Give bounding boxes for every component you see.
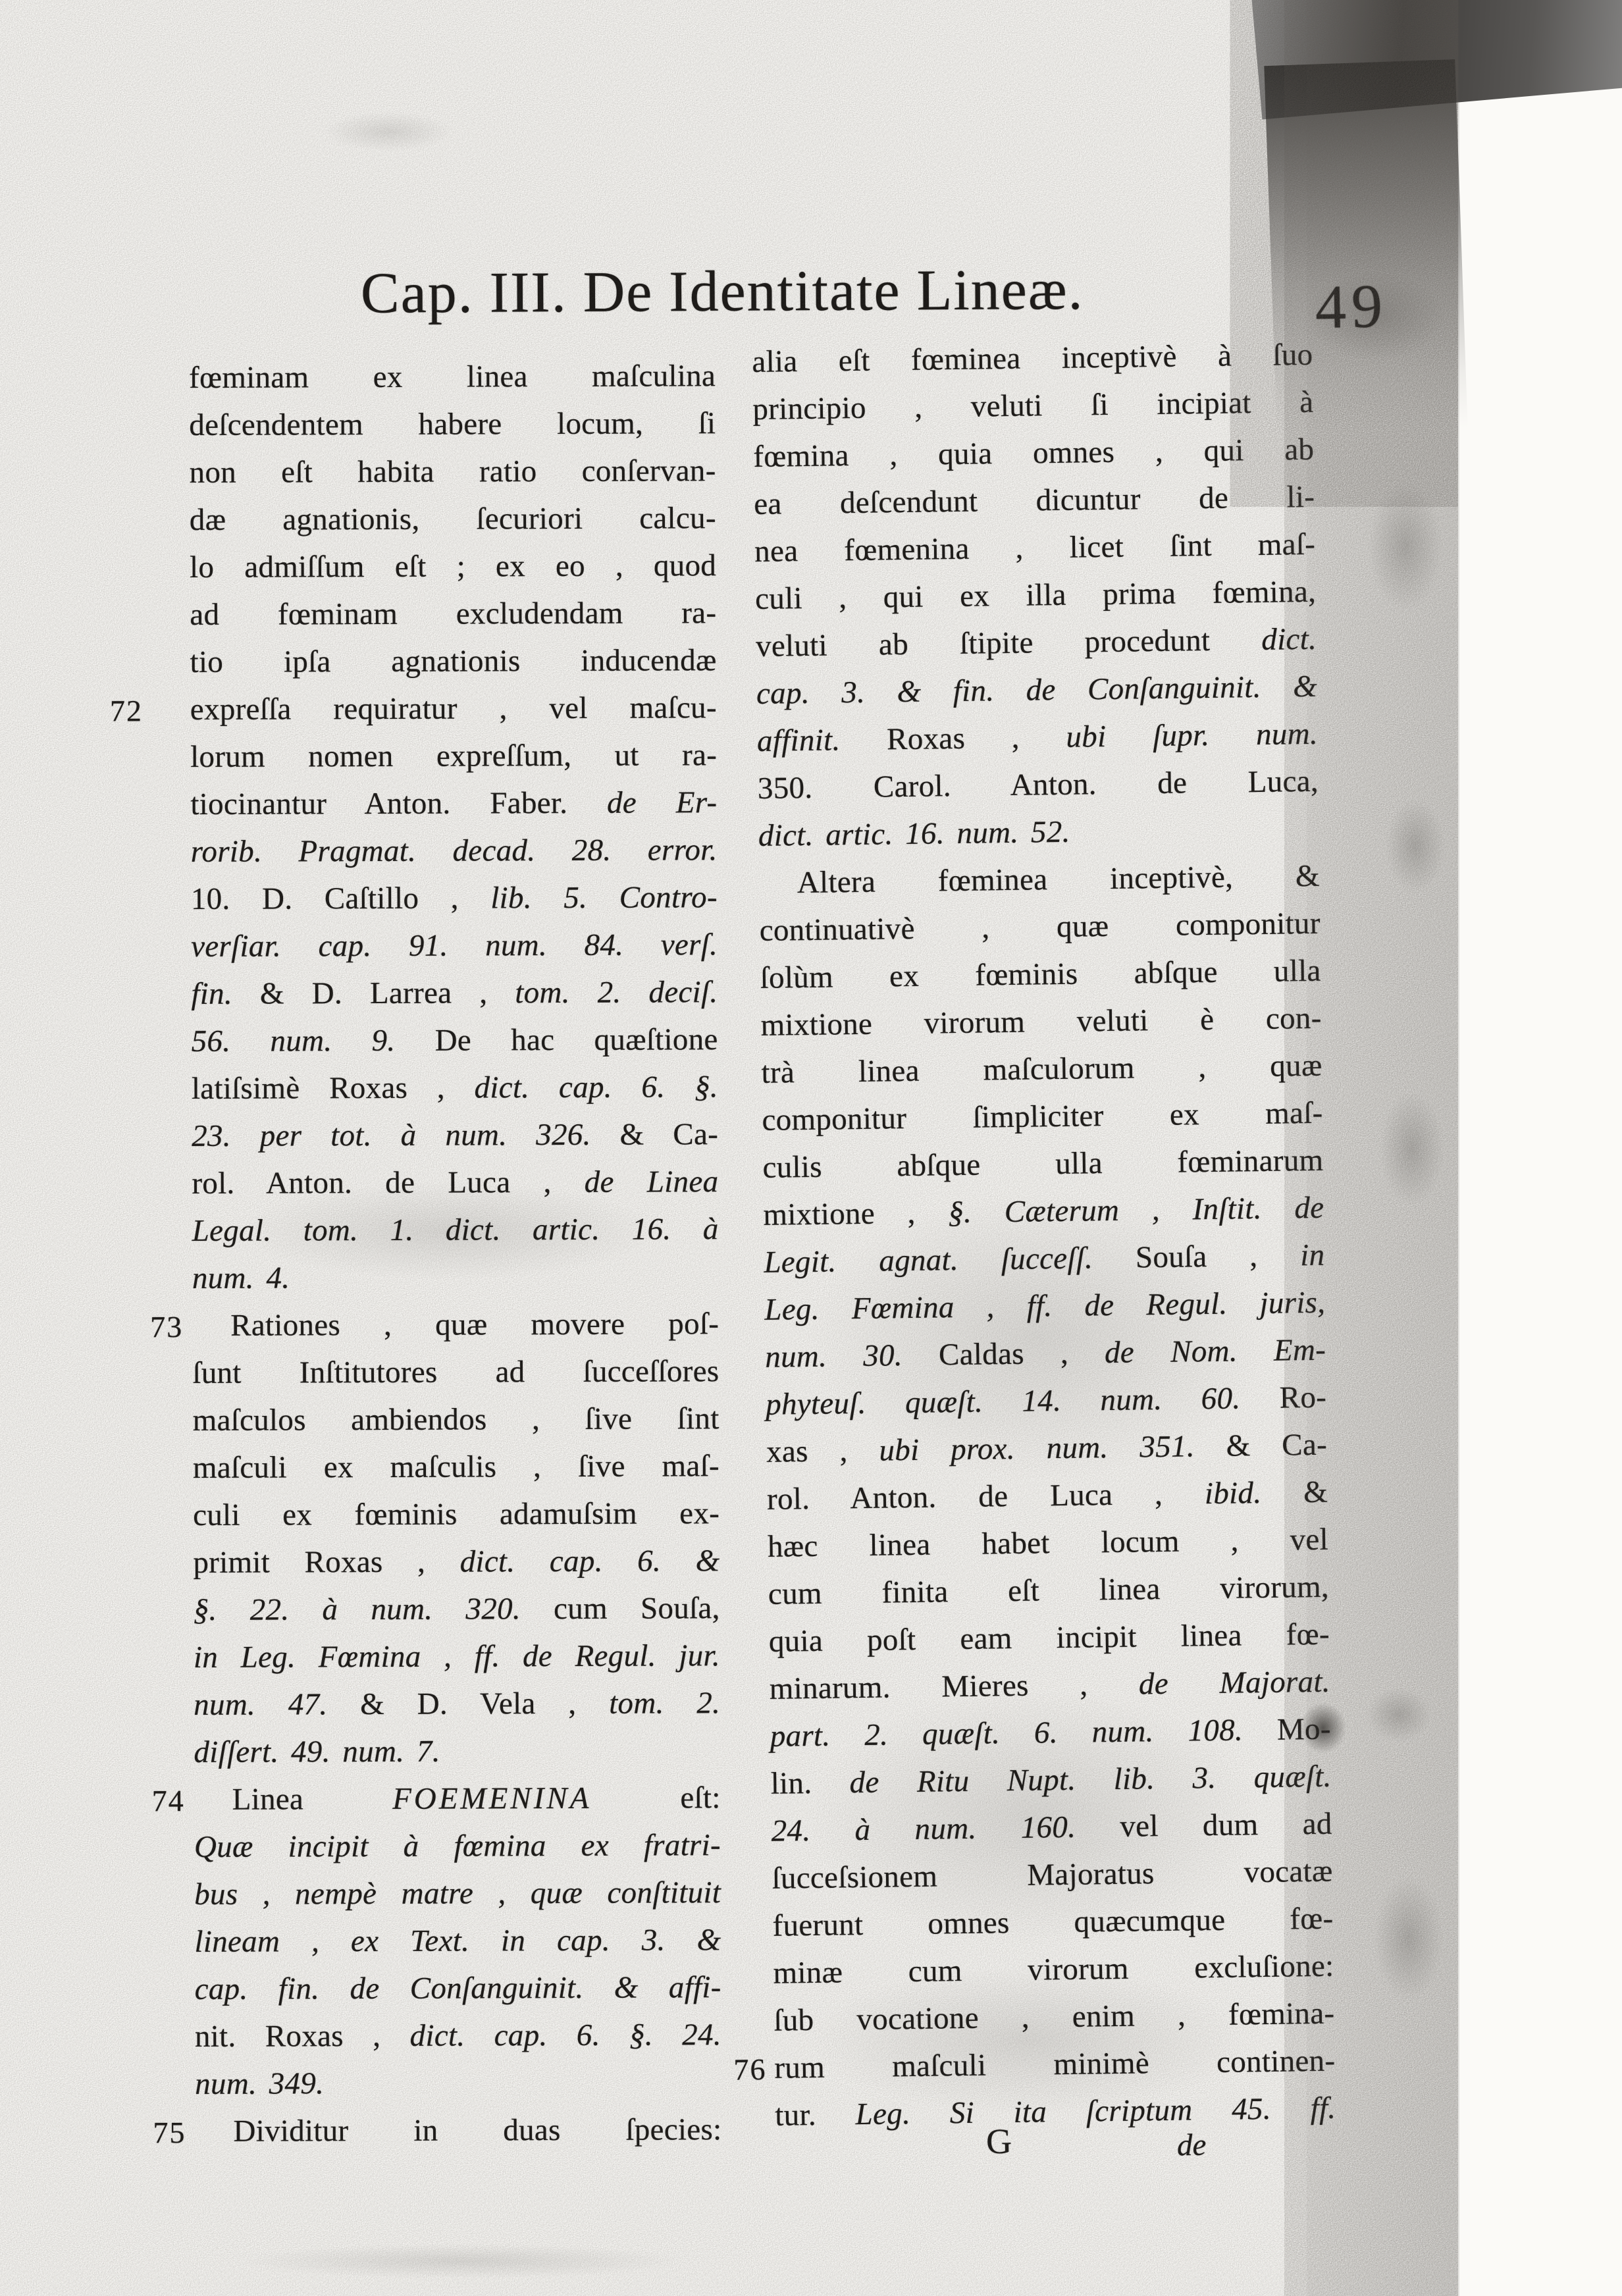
page-number: 49 [1315,271,1388,343]
text-run: primit Roxas , [193,1545,459,1580]
text-line: tio ipſa agnationis inducendæ [190,637,717,686]
text-line: num. 47. & D. Vela , tom. 2. [194,1679,720,1729]
text-run: ubi ſupr. num. [1066,717,1318,754]
text-run: in [1300,1238,1325,1272]
margin-paragraph-number: 74 [114,1777,185,1825]
text-run: dict. artic. 16. num. 52. [758,815,1070,853]
chapter-heading: Cap. III. De Identitate Lineæ. [361,255,1283,326]
text-run: ſunt Inſtitutores ad ſucceſſores [192,1354,719,1390]
text-run: affinit. [757,723,841,758]
text-run: Quæ incipit à fœmina ex fratri- [194,1828,721,1864]
text-column-left: fœminam ex linea maſculinadeſcendentem h… [189,352,722,2155]
text-line: affinit. Roxas , ubi ſupr. num. [757,710,1319,765]
text-run: lineam , ex Text. in cap. 3. & [194,1923,721,1959]
text-line: diſſert. 49. num. 7. [194,1727,720,1776]
text-line: lineam , ex Text. in cap. 3. & [194,1916,721,1966]
text-run: principio , veluti ſi incipiat à [752,385,1314,427]
text-run: dict. [1261,622,1317,657]
text-run: deſcendentem habere locum, ſi [189,406,716,442]
text-line: quia poſt eam incipit linea fœ- [768,1611,1330,1665]
text-line: 72expreſſa requiratur , vel maſcu- [190,684,717,733]
text-run: Mo- [1243,1712,1331,1748]
text-line: 56. num. 9. De hac quæſtione [192,1016,718,1065]
text-run: & Ca- [1194,1428,1327,1464]
text-line: bus , nempè matre , quæ conſtituit [194,1869,721,1918]
text-run: mixtione , [763,1195,949,1232]
text-line: fuerunt omnes quæcumque fœ- [772,1895,1334,1950]
text-line: in Leg. Fœmina , ff. de Regul. jur. [194,1632,720,1681]
catchword: de [1177,2127,1207,2164]
text-run: rorib. Pragmat. decad. 28. error. [191,833,718,869]
text-line: 73Rationes , quæ movere poſ- [192,1300,719,1349]
text-run: Legal. tom. 1. dict. artic. 16. à [192,1212,719,1248]
text-line: minarum. Mieres , de Majorat. [769,1658,1330,1713]
text-run: nit. Roxas , [195,2019,410,2054]
text-run: Ro- [1240,1380,1326,1416]
text-line: phyteuſ. quæſt. 14. num. 60. Ro- [766,1374,1327,1428]
text-line: nit. Roxas , dict. cap. 6. §. 24. [195,2011,721,2060]
text-run: vel dum ad [1076,1807,1332,1844]
text-line: Legit. agnat. ſucceſſ. Souſa , in [764,1232,1325,1286]
text-line: 74Linea FOEMENINA eſt: [194,1774,721,1823]
text-run: expreſſa requiratur , vel maſcu- [190,691,717,727]
text-run: cap. fin. de Conſanguinit. & affi- [195,1970,721,2006]
text-line: continuativè , quæ componitur [759,900,1321,954]
text-run: ibid. [1205,1476,1262,1511]
text-line: num. 30. Caldas , de Nom. Em- [765,1326,1326,1381]
margin-paragraph-number: 76 [733,2046,767,2094]
text-run: & Ca- [591,1117,719,1152]
text-line: trà linea maſculorum , quæ [761,1042,1322,1097]
text-line: tiocinantur Anton. Faber. de Er- [190,779,717,828]
text-run: rol. Anton. de Luca , [767,1476,1205,1517]
text-run: ſolùm ex fœminis abſque ulla [760,954,1321,995]
text-run: 350. Carol. Anton. de Luca, [758,764,1319,806]
text-run: part. 2. quæſt. 6. num. 108. [770,1713,1243,1753]
text-line: lorum nomen expreſſum, ut ra- [190,731,717,781]
text-line: 24. à num. 160. vel dum ad [771,1800,1332,1855]
text-run: num. 4. [192,1261,290,1295]
text-line: dæ agnationis, ſecuriori calcu- [190,494,716,544]
text-run: num. 30. [765,1338,903,1374]
margin-paragraph-number: 73 [112,1303,183,1351]
text-line: 75Dividitur in duas ſpecies: [195,2106,721,2155]
margin-paragraph-number: 72 [110,687,143,735]
text-line: Altera fœminea inceptivè, & [758,852,1320,907]
text-run: fœminam ex linea maſculina [189,359,716,395]
text-line: culi ex fœminis adamuſsim ex- [193,1490,719,1539]
text-run: rum maſculi minimè continen- [774,2044,1336,2085]
text-run: ſub vocatione , enim , fœmina- [773,1996,1335,2038]
text-line: Legal. tom. 1. dict. artic. 16. à [192,1205,719,1255]
text-run: Linea [232,1782,393,1817]
text-run: eſt: [591,1781,720,1815]
text-run: Souſa , [1093,1238,1301,1275]
text-line: maſculi ex maſculis , ſive maſ- [193,1442,719,1492]
text-line: deſcendentem habere locum, ſi [189,400,716,449]
text-line: tur. Leg. Si ita ſcriptum 45. ff. [775,2085,1336,2139]
text-line: mixtione , §. Cæterum , Inſtit. de [763,1184,1324,1239]
text-line: Leg. Fœmina , ff. de Regul. juris, [764,1279,1326,1334]
text-run: phyteuſ. quæſt. 14. num. 60. [766,1381,1241,1421]
text-line: 350. Carol. Anton. de Luca, [757,758,1319,812]
text-run: de Majorat. [1139,1665,1330,1702]
text-run: lib. 5. Contro- [490,880,718,915]
text-run: Legit. agnat. ſucceſſ. [764,1241,1093,1280]
text-line: principio , veluti ſi incipiat à [752,378,1314,433]
text-run: 24. à num. 160. [771,1810,1076,1848]
text-column-right: alia eſt fœminea inceptivè à ſuoprincipi… [752,331,1336,2139]
text-run: tom. 2. deciſ. [515,975,718,1010]
text-run: §. 22. à num. 320. [194,1592,521,1627]
text-run: tur. [775,2097,856,2133]
text-line: cap. fin. de Conſanguinit. & affi- [195,1964,721,2013]
text-line: ſunt Inſtitutores ad ſucceſſores [192,1347,719,1397]
text-run: ad fœminam excludendam ra- [190,596,716,632]
text-line: minæ cum virorum excluſione: [773,1943,1334,1997]
text-line: Quæ incipit à fœmina ex fratri- [194,1821,721,1871]
text-run: fœmina , quia omnes , qui ab [753,432,1315,474]
text-line: primit Roxas , dict. cap. 6. & [193,1537,719,1586]
text-run: minarum. Mieres , [770,1667,1139,1706]
text-line: num. 4. [192,1253,719,1302]
text-run: de Ritu Nupt. lib. 3. quæſt. [849,1760,1332,1800]
text-run: lorum nomen expreſſum, ut ra- [190,738,717,774]
text-line: maſculos ambiendos , ſive ſint [193,1395,719,1444]
text-line: componitur ſimpliciter ex maſ- [762,1089,1323,1144]
text-line: ſolùm ex fœminis abſque ulla [760,947,1321,1002]
text-line: §. 22. à num. 320. cum Souſa, [194,1584,720,1634]
text-line: cap. 3. & fin. de Conſanguinit. & [756,663,1318,717]
text-line: hæc linea habet locum , vel [768,1516,1329,1571]
text-run: tio ipſa agnationis inducendæ [190,643,717,679]
text-run: quia poſt eam incipit linea fœ- [769,1617,1330,1659]
text-run: ea deſcendunt dicuntur de li- [754,480,1315,521]
text-line: ſub vocatione , enim , fœmina- [773,1990,1335,2045]
text-run: cum Souſa, [521,1591,720,1626]
text-run: non eſt habita ratio conſervan- [190,454,716,490]
text-run: rol. Anton. de Luca , [192,1165,585,1201]
signature-mark: G [985,2121,1012,2162]
text-run: num. 47. [194,1687,327,1722]
text-line: rol. Anton. de Luca , ibid. & [767,1469,1328,1523]
text-run: & D. Larrea , [232,976,515,1010]
scanned-book-page: Cap. III. De Identitate Lineæ. 49 fœmina… [0,0,1622,2296]
text-run: ubi prox. num. 351. [879,1429,1195,1467]
text-line: culis abſque ulla fœminarum [762,1137,1324,1191]
text-line: alia eſt fœminea inceptivè à ſuo [752,331,1313,386]
text-line: lin. de Ritu Nupt. lib. 3. quæſt. [770,1753,1332,1808]
text-run: 23. per tot. à num. 326. [192,1118,591,1153]
text-line: fœmina , quia omnes , qui ab [753,426,1315,481]
text-run: trà linea maſculorum , quæ [761,1049,1322,1090]
text-run: Rationes , quæ movere poſ- [230,1307,719,1343]
text-run: cum finita eſt linea virorum, [768,1570,1330,1611]
text-run: 56. num. 9. [192,1024,396,1058]
text-run: tom. 2. [609,1686,720,1721]
text-run: num. 349. [195,2066,324,2101]
text-run: FOEMENINA [392,1781,591,1816]
text-line: ea deſcendunt dicuntur de li- [754,473,1315,528]
text-run: 10. D. Caſtillo , [191,881,491,916]
text-line: culi , qui ex illa prima fœmina, [755,568,1317,623]
text-run: fuerunt omnes quæcumque fœ- [772,1902,1334,1943]
text-run: Leg. Fœmina , ff. de Regul. juris, [764,1286,1326,1327]
text-line: latiſsimè Roxas , dict. cap. 6. §. [192,1063,718,1112]
text-run: fin. [191,977,232,1011]
text-line: num. 349. [195,2058,721,2108]
text-run: de Er- [607,785,718,820]
text-run: bus , nempè matre , quæ conſtituit [194,1875,721,1912]
text-line: rol. Anton. de Luca , de Linea [192,1158,718,1207]
text-run: & D. Vela , [327,1686,609,1721]
text-run: De hac quæſtione [395,1022,718,1058]
text-run: maſculi ex maſculis , ſive maſ- [193,1449,719,1485]
text-run: ſucceſsionem Majoratus vocatæ [772,1854,1333,1896]
text-run: de Linea [585,1164,719,1199]
text-run: culi ex fœminis adamuſsim ex- [193,1496,719,1532]
text-run: minæ cum virorum excluſione: [773,1949,1334,1991]
text-run: culis abſque ulla fœminarum [762,1143,1324,1185]
text-line: part. 2. quæſt. 6. num. 108. Mo- [770,1706,1331,1760]
text-run: Dividitur in duas ſpecies: [233,2112,721,2149]
text-line: mixtione virorum veluti è con- [760,995,1322,1049]
text-line: 23. per tot. à num. 326. & Ca- [192,1110,718,1160]
text-run: latiſsimè Roxas , [192,1070,475,1105]
text-line: fin. & D. Larrea , tom. 2. deciſ. [191,968,718,1018]
text-line: fœminam ex linea maſculina [189,352,716,402]
text-run: lo admiſſum eſt ; ex eo , quod [190,548,716,585]
text-run: componitur ſimpliciter ex maſ- [762,1096,1323,1137]
margin-paragraph-number: 75 [115,2109,186,2156]
text-run: dæ agnationis, ſecuriori calcu- [190,501,716,537]
text-run: & [1261,1475,1328,1510]
text-run: maſculos ambiendos , ſive ſint [193,1401,719,1438]
text-run: lin. [770,1765,850,1801]
text-run: verſiar. cap. 91. num. 84. verſ. [191,927,718,964]
text-run: alia eſt fœminea inceptivè à ſuo [752,338,1313,379]
text-run: hæc linea habet locum , vel [768,1523,1329,1564]
ink-smudge [303,105,474,158]
text-run: veluti ab ſtipite procedunt [756,623,1262,664]
text-run: mixtione virorum veluti è con- [760,1001,1322,1043]
text-line: non eſt habita ratio conſervan- [190,447,716,496]
text-run: diſſert. 49. num. 7. [194,1735,440,1769]
text-line: 10. D. Caſtillo , lib. 5. Contro- [191,874,718,923]
text-run: cap. 3. & fin. de Conſanguinit. & [756,669,1318,711]
text-run: dict. cap. 6. §. 24. [410,2018,721,2053]
text-run: dict. cap. 6. & [460,1544,720,1578]
text-line: nea fœmenina , licet ſint maſ- [754,521,1316,575]
text-run: nea fœmenina , licet ſint maſ- [754,527,1316,569]
text-run: Roxas , [840,720,1066,757]
text-line: veluti ab ſtipite procedunt dict. [756,615,1317,670]
text-run: tiocinantur Anton. Faber. [190,786,607,822]
text-run: Leg. Si ita ſcriptum 45. ff. [855,2091,1336,2132]
text-run: in Leg. Fœmina , ff. de Regul. jur. [194,1638,720,1675]
text-line: ad fœminam excludendam ra- [190,589,716,639]
text-line: dict. artic. 16. num. 52. [758,805,1319,860]
text-line: cum finita eſt linea virorum, [768,1563,1330,1618]
text-run: Caldas , [903,1336,1105,1372]
text-run: xas , [766,1434,879,1469]
text-line: ſucceſsionem Majoratus vocatæ [772,1848,1333,1902]
text-line: verſiar. cap. 91. num. 84. verſ. [191,921,718,970]
text-run: §. Cæterum , Inſtit. de [948,1191,1324,1230]
text-run: culi , qui ex illa prima fœmina, [755,575,1317,616]
text-line: 76rum maſculi minimè continen- [774,2037,1336,2092]
text-run: dict. cap. 6. §. [474,1070,718,1105]
ink-smudge [165,2238,757,2284]
text-run: de Nom. Em- [1105,1333,1326,1370]
text-run: Altera fœminea inceptivè, & [797,859,1320,900]
text-line: xas , ubi prox. num. 351. & Ca- [766,1421,1328,1476]
text-line: rorib. Pragmat. decad. 28. error. [191,826,718,875]
text-line: lo admiſſum eſt ; ex eo , quod [190,542,716,591]
text-run: continuativè , quæ componitur [759,906,1321,948]
